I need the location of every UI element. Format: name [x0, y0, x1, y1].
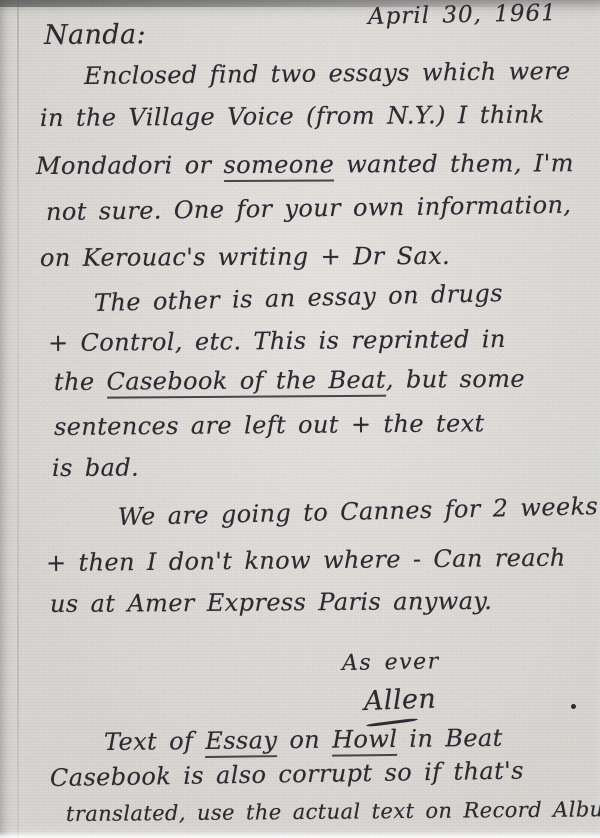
letter-date: April 30, 1961: [368, 0, 557, 30]
underlined-word: Essay: [205, 726, 277, 758]
letter-text: not sure. One for your own information,: [46, 191, 572, 226]
letter-line: the Casebook of the Beat, but some: [54, 365, 525, 396]
letter-text: the: [54, 368, 107, 396]
letter-postscript-line: Text of Essay on Howl in Beat: [104, 724, 503, 756]
ink-dot: [571, 704, 576, 709]
letter-signature-text: Allen: [363, 683, 436, 716]
letter-text: Mondadori or: [36, 151, 224, 180]
letter-text: , but some: [386, 365, 525, 394]
letter-text: We are going to Cannes for 2 weeks: [118, 492, 599, 531]
letter-text: wanted them, I'm: [334, 149, 574, 178]
letter-text: Casebook is also corrupt so if that's: [50, 757, 524, 792]
letter-text: in the Village Voice (from N.Y.) I think: [40, 100, 545, 132]
letter-page: April 30, 1961 Nanda: Enclosed find two …: [0, 0, 600, 838]
letter-line: in the Village Voice (from N.Y.) I think: [40, 100, 545, 132]
letter-line: on Kerouac's writing + Dr Sax.: [40, 242, 450, 272]
letter-text: on Kerouac's writing + Dr Sax.: [40, 242, 450, 272]
letter-text: us at Amer Express Paris anyway.: [50, 587, 492, 618]
letter-closing-text: As ever: [342, 649, 440, 676]
letter-text: Enclosed find two essays which were: [84, 57, 571, 90]
underlined-word: someone: [223, 150, 334, 182]
letter-salutation: Nanda:: [44, 19, 146, 51]
underlined-phrase: Casebook of the Beat: [106, 366, 386, 399]
letter-line: Mondadori or someone wanted them, I'm: [36, 149, 574, 180]
letter-text: Text of: [104, 727, 206, 756]
letter-postscript-line: Casebook is also corrupt so if that's: [50, 757, 524, 792]
letter-line: + Control, etc. This is reprinted in: [48, 325, 506, 357]
letter-line: sentences are left out + the text: [54, 409, 485, 441]
letter-line: + then I don't know where - Can reach: [46, 544, 566, 577]
letter-text: The other is an essay on drugs: [94, 279, 504, 317]
letter-line: us at Amer Express Paris anyway.: [50, 587, 492, 618]
letter-salutation-text: Nanda:: [44, 19, 146, 51]
letter-text: + Control, etc. This is reprinted in: [48, 325, 506, 357]
letter-text: sentences are left out + the text: [54, 409, 485, 441]
letter-line: is bad.: [52, 454, 139, 482]
letter-text: is bad.: [52, 454, 139, 482]
letter-text: translated, use the actual text on Recor…: [66, 797, 600, 826]
letter-text: on: [277, 726, 332, 755]
underlined-word: Howl: [332, 725, 398, 757]
paper-edge-highlight-bottom: [0, 832, 600, 838]
letter-postscript-line: translated, use the actual text on Recor…: [66, 797, 600, 826]
letter-signature: Allen: [363, 683, 436, 716]
letter-text: + then I don't know where - Can reach: [46, 544, 566, 577]
letter-line: We are going to Cannes for 2 weeks: [118, 492, 599, 531]
letter-line: Enclosed find two essays which were: [84, 57, 571, 90]
letter-line: not sure. One for your own information,: [46, 191, 572, 226]
letter-closing: As ever: [342, 649, 440, 676]
letter-date-text: April 30, 1961: [368, 0, 557, 30]
paper-crease: [17, 0, 19, 838]
letter-text: in Beat: [397, 724, 503, 753]
letter-line: The other is an essay on drugs: [94, 279, 504, 317]
